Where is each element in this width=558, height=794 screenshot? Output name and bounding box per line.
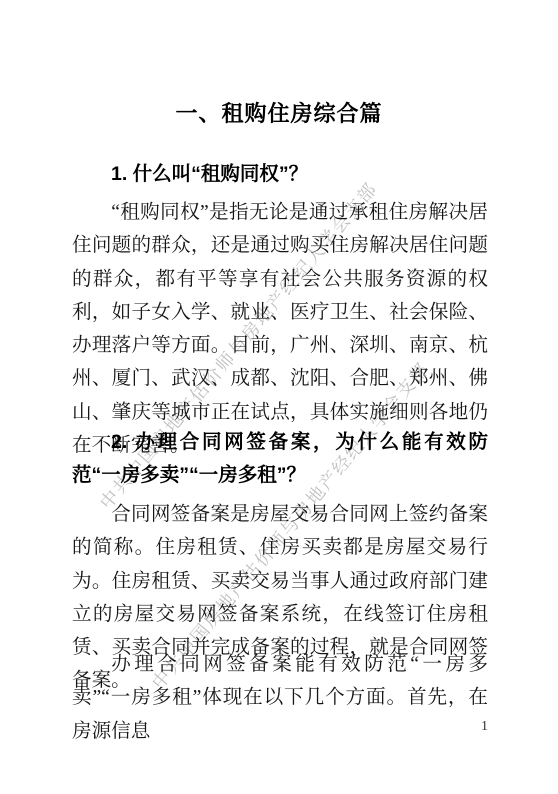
section-1-heading: 1. 什么叫“租购同权”？: [72, 158, 488, 191]
page-number: 1: [430, 719, 488, 735]
section-2-heading: 2. 办理合同网签备案，为什么能有效防范“一房多卖”“一房多租”？: [72, 426, 488, 493]
document-page: 中共中国房地产估价师与房地产经纪人学会支部 中共中国房地产估价师与房地产经纪人学…: [0, 0, 558, 794]
section-1-paragraph: “租购同权”是指无论是通过承租住房解决居住问题的群众，还是通过购买住房解决居住问…: [72, 196, 488, 462]
page-title: 一、租购住房综合篇: [0, 99, 558, 129]
section-2-paragraph: 办理合同网签备案能有效防范“一房多卖”“一房多租”体现在以下几个方面。首先，在房…: [72, 648, 488, 748]
